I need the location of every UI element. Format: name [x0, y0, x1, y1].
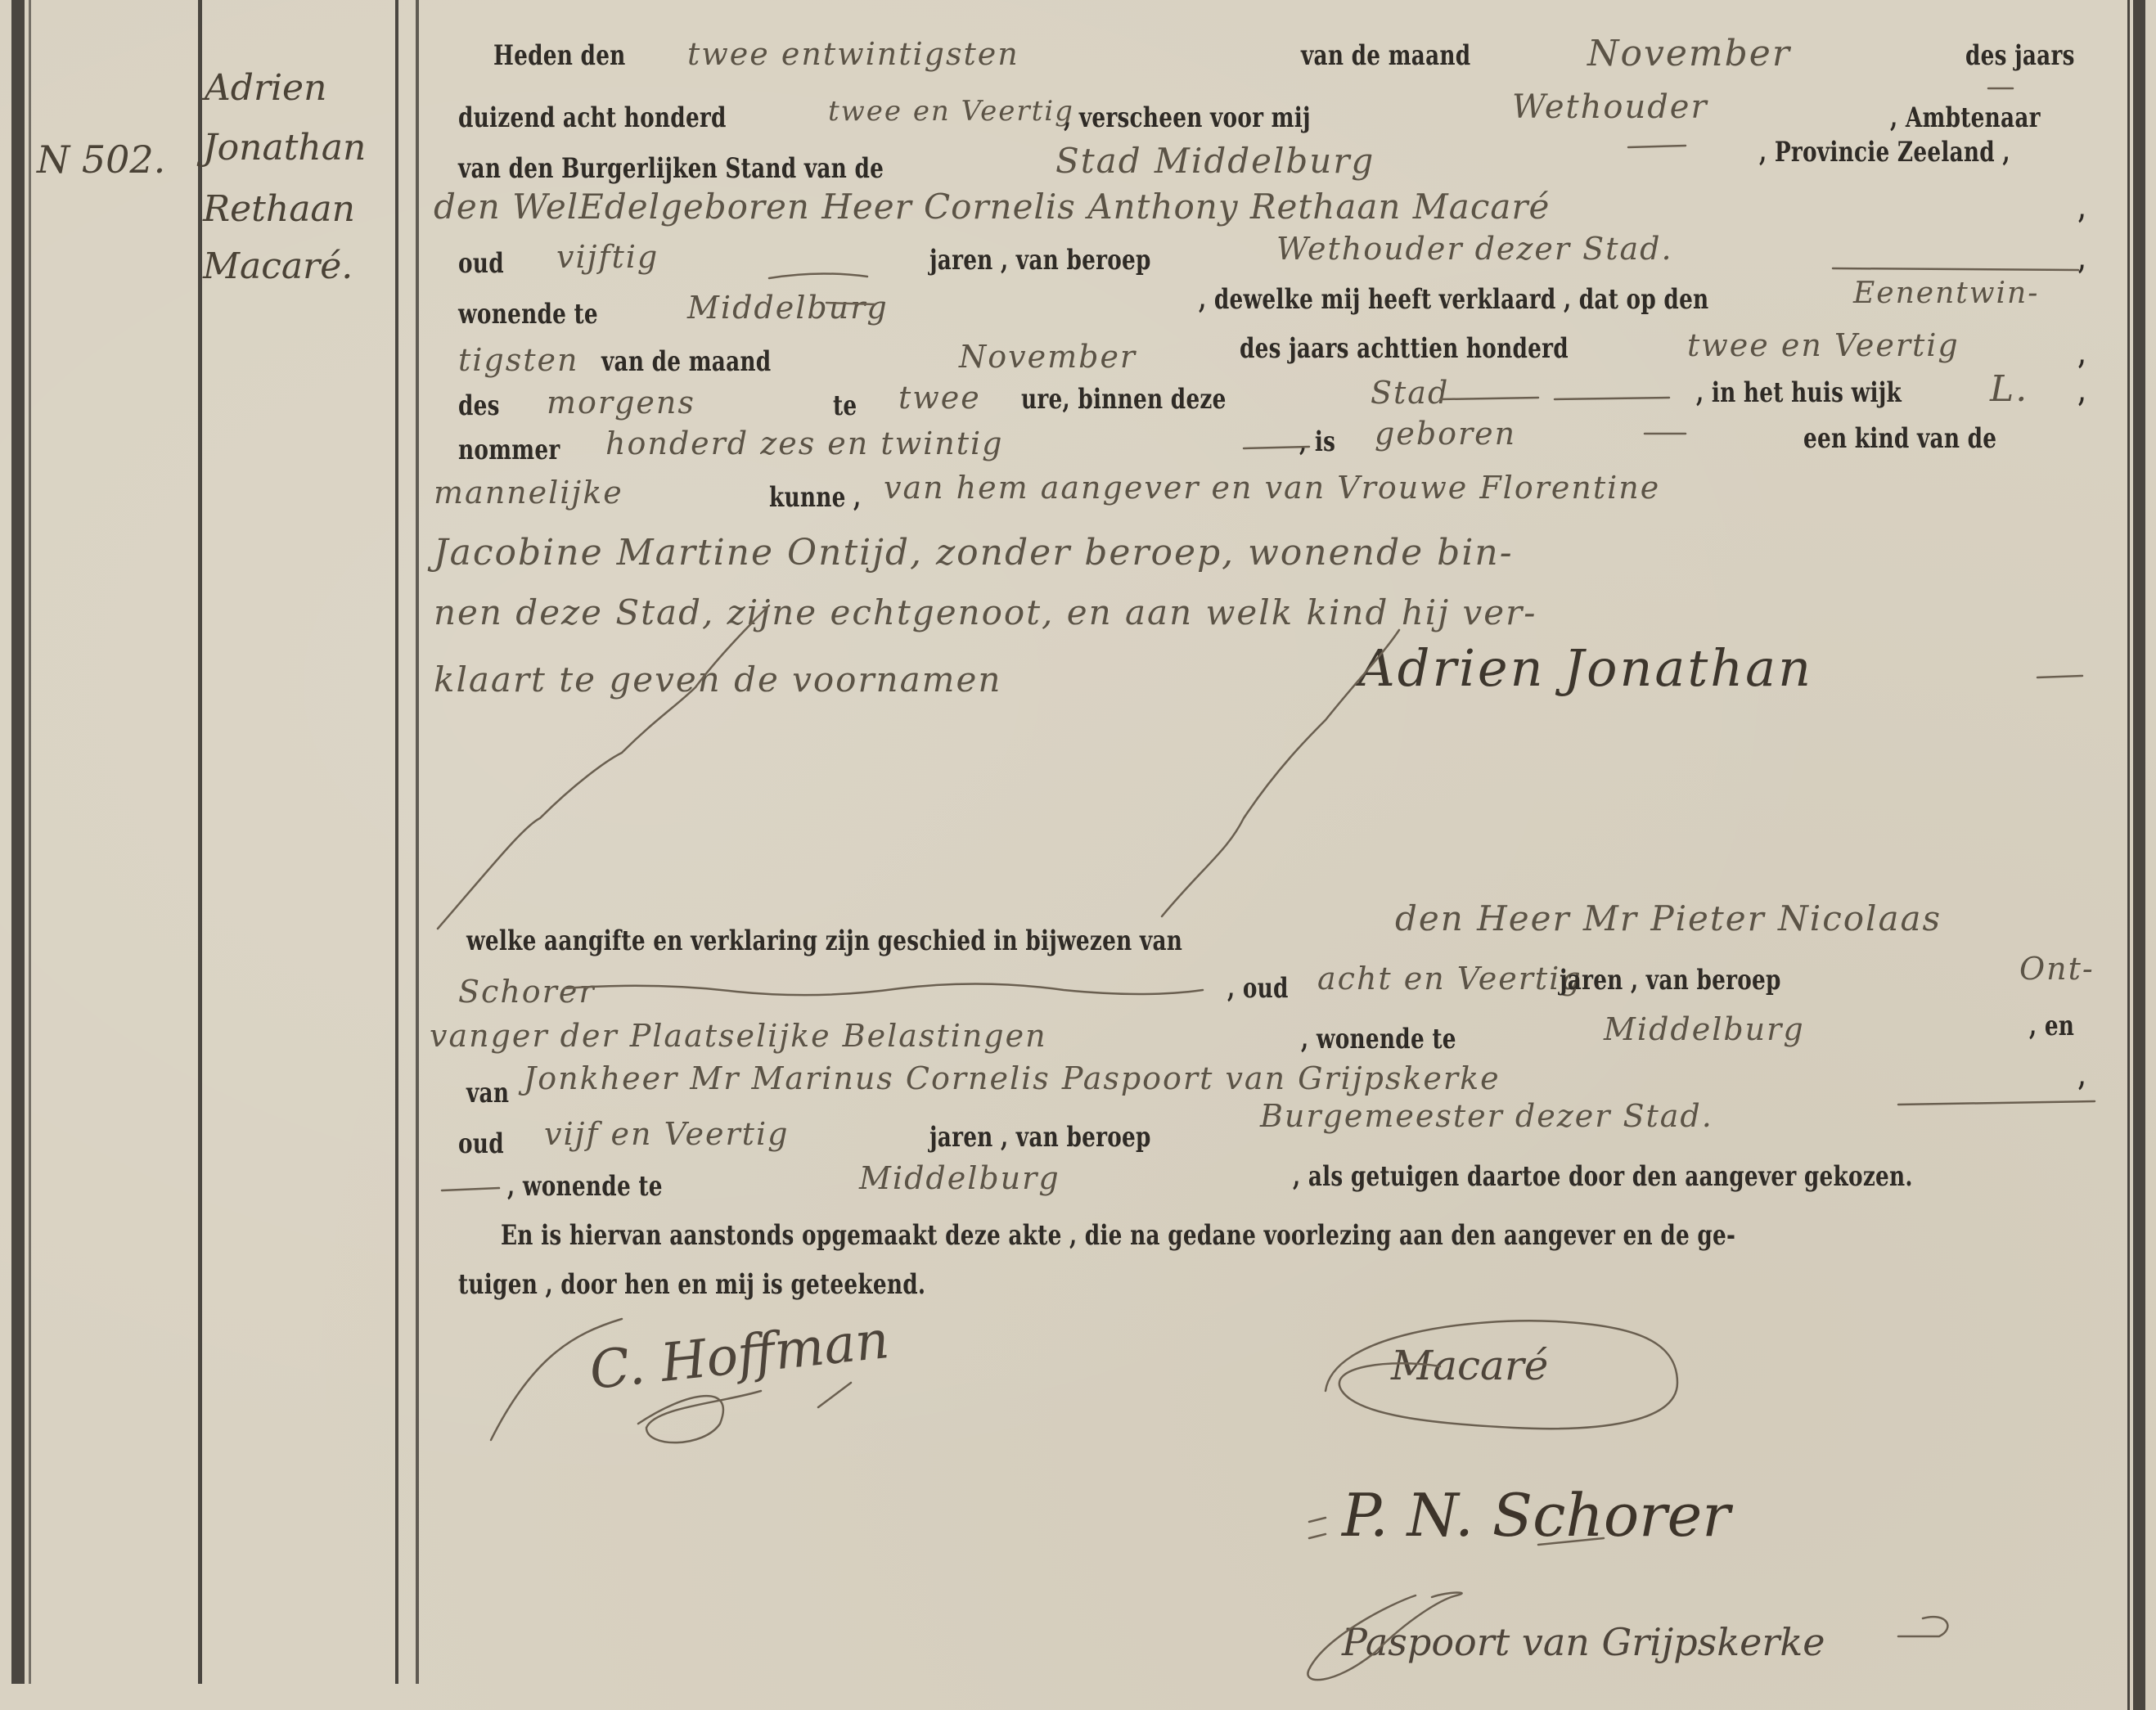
w6-residence: Middelburg: [859, 1160, 1060, 1196]
line6-print2: , dewelke mij heeft verklaard , dat op d…: [1199, 283, 1708, 316]
margin-name-line-1: Adrien: [205, 67, 326, 109]
line1-print3: des jaars: [1965, 39, 2075, 72]
left-thin-border: [29, 0, 31, 1684]
line5-print1: oud: [458, 247, 504, 280]
line7-print4: ,: [2078, 339, 2086, 371]
w2-print2: , oud: [1227, 972, 1289, 1005]
line13-names-intro: klaart te geven de voornamen: [434, 659, 1001, 700]
line3-print1: van den Burgerlijken Stand van de: [458, 152, 884, 185]
line2-year: twee en Veertig: [828, 95, 1074, 128]
w1-witness1-name: den Heer Mr Pieter Nicolaas: [1395, 898, 1942, 938]
line1-print2: van de maand: [1301, 39, 1470, 72]
line13-given-names: Adrien Jonathan: [1358, 638, 1813, 698]
w5-print2: jaren , van beroep: [929, 1121, 1151, 1154]
closing-line-2: tuigen , door hen en mij is geteekend.: [458, 1268, 925, 1301]
line7-month: November: [959, 339, 1137, 375]
line5-print3: ,: [2078, 244, 2086, 277]
line2-print2: , verscheen voor mij: [1064, 101, 1311, 134]
margin-name-line-3: Rethaan: [203, 188, 355, 230]
line8-print4: , in het huis wijk: [1696, 376, 1902, 409]
column-divider-2: [395, 0, 398, 1684]
closing-line-1: En is hiervan aanstonds opgemaakt deze a…: [501, 1219, 1735, 1252]
w6-print1: , wonende te: [507, 1170, 663, 1203]
line9-house-number: honderd zes en twintig: [605, 425, 1004, 461]
line10-sex: mannelijke: [434, 475, 623, 511]
w2-profession: Ont-: [2019, 951, 2095, 987]
line8-print3: ure, binnen deze: [1021, 383, 1227, 416]
line8-print2: te: [833, 389, 857, 422]
line6-residence: Middelburg: [687, 290, 889, 326]
w4-witness2-name: Jonkheer Mr Marinus Cornelis Paspoort va…: [524, 1060, 1501, 1096]
signature-witness1: P. N. Schorer: [1342, 1481, 1731, 1550]
line8-hour: twee: [898, 380, 981, 416]
line8-ward: L.: [1990, 368, 2028, 410]
line7-print2: van de maand: [601, 345, 771, 378]
line7-year: twee en Veertig: [1687, 327, 1960, 363]
w6-print2: , als getuigen daartoe door den aangever…: [1293, 1160, 1913, 1193]
w3-residence: Middelburg: [1604, 1011, 1805, 1047]
right-thick-border: [2133, 0, 2145, 1710]
line6-birth-day: Eenentwin-: [1853, 277, 2039, 310]
line12-residence: nen deze Stad, zijne echtgenoot, en aan …: [434, 592, 1537, 632]
line2-print3: , Ambtenaar: [1890, 101, 2041, 134]
line1-print1: Heden den: [493, 39, 626, 72]
line4-print2: ,: [2078, 193, 2086, 226]
w4-print1: van: [466, 1077, 509, 1109]
main-left-border: [416, 0, 419, 1684]
line11-mother: Jacobine Martine Ontijd, zonder beroep, …: [434, 532, 1514, 574]
line9-born: geboren: [1375, 416, 1516, 452]
line5-print2: jaren , van beroep: [929, 244, 1151, 277]
line8-time-of-day: morgens: [547, 385, 695, 421]
line1-month: November: [1587, 33, 1791, 74]
line3-place: Stad Middelburg: [1055, 141, 1375, 181]
line8-print5: ,: [2078, 376, 2086, 409]
record-number: N 502.: [37, 137, 165, 182]
left-thick-border: [11, 0, 25, 1684]
line8-print1: des: [458, 389, 500, 422]
margin-name-line-4: Macaré.: [203, 245, 353, 287]
signature-witness2: Paspoort van Grijpskerke: [1342, 1620, 1825, 1664]
line3-print2: , Provincie Zeeland ,: [1759, 136, 2010, 169]
w5-profession: Burgemeester dezer Stad.: [1260, 1098, 1713, 1134]
line6-print1: wonende te: [458, 298, 598, 331]
line2-print1: duizend acht honderd: [458, 101, 727, 134]
line9-print1: nommer: [458, 434, 560, 466]
line10-print2: kunne ,: [769, 481, 861, 514]
line2-official-title: Wethouder: [1512, 88, 1708, 126]
line1-day: twee entwintigsten: [687, 36, 1019, 72]
line9-print2: , is: [1299, 425, 1335, 458]
line5-age: vijftig: [556, 239, 659, 275]
w4-print2: ,: [2078, 1060, 2086, 1093]
column-divider-1: [198, 0, 202, 1684]
line5-profession: Wethouder dezer Stad.: [1276, 231, 1673, 267]
w5-print1: oud: [458, 1127, 504, 1160]
w5-age: vijf en Veertig: [544, 1116, 789, 1152]
w2-age: acht en Veertig: [1317, 961, 1582, 997]
w3-print3: , en: [2029, 1010, 2074, 1042]
w2-print3: jaren , van beroep: [1560, 964, 1781, 997]
w3-print2: , wonende te: [1301, 1023, 1456, 1055]
margin-name-line-2: Jonathan: [203, 127, 366, 169]
line7-birth-day-cont: tigsten: [458, 342, 578, 378]
line10-parents: van hem aangever en van Vrouwe Florentin…: [884, 470, 1660, 506]
line8-place: Stad: [1371, 375, 1449, 411]
line7-print3: des jaars achttien honderd: [1240, 332, 1569, 365]
w1-print1: welke aangifte en verklaring zijn geschi…: [466, 925, 1182, 957]
line9-print3: een kind van de: [1803, 422, 1996, 455]
signature-father: Macaré: [1391, 1342, 1548, 1389]
w3-profession-cont: vanger der Plaatselijke Belastingen: [430, 1018, 1047, 1054]
w2-surname: Schorer: [458, 974, 595, 1010]
line4-declarant-name: den WelEdelgeboren Heer Cornelis Anthony…: [434, 187, 1550, 227]
right-thin-border: [2127, 0, 2130, 1710]
